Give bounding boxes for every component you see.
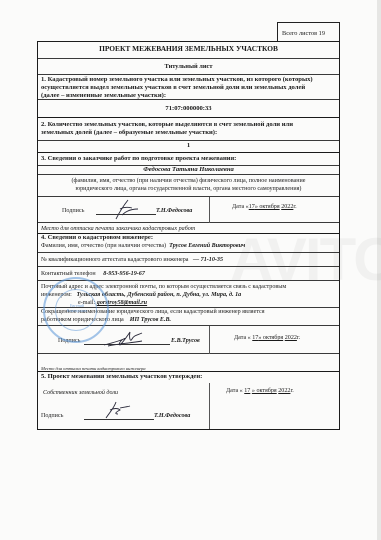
subtitle-row: Титульный лист	[38, 59, 339, 75]
phone-label: Контактный телефон	[41, 271, 96, 277]
document-subtitle: Титульный лист	[38, 63, 339, 71]
client-name: Федосова Татьяна Николаевна	[38, 166, 339, 174]
title-sheet-table: ПРОЕКТ МЕЖЕВАНИЯ ЗЕМЕЛЬНЫХ УЧАСТКОВ Титу…	[37, 41, 340, 430]
section5-header: 5. Проект межевания земельных участков у…	[41, 373, 202, 381]
engineer-cert-row: № квалификационного аттестата кадастрово…	[38, 253, 339, 267]
column-divider	[209, 326, 210, 354]
engineer-cert: № квалификационного аттестата кадастрово…	[41, 256, 223, 264]
document-title: ПРОЕКТ МЕЖЕВАНИЯ ЗЕМЕЛЬНЫХ УЧАСТКОВ	[38, 45, 339, 53]
engineer-fio-row: 4. Сведения о кадастровом инженере: Фами…	[38, 234, 339, 253]
column-divider	[209, 383, 210, 429]
fio-label: Фамилия, имя, отчество (при наличии отче…	[41, 243, 166, 249]
approval-row: 5. Проект межевания земельных участков у…	[38, 372, 339, 429]
section2-text: земельных долей (далее – образуемые земе…	[41, 129, 217, 137]
cert-label: № квалификационного аттестата кадастрово…	[41, 257, 188, 263]
engineer-fio: Фамилия, имя, отчество (при наличии отче…	[41, 242, 245, 250]
date-month: » октября	[255, 204, 280, 210]
client-signature-icon	[108, 197, 142, 223]
client-sign-date: Дата «17» октября 2022г.	[232, 203, 297, 211]
client-caption: юридического лица, органа государственно…	[38, 185, 339, 193]
section2-header-row: 2. Количество земельных участков, которы…	[38, 118, 339, 141]
seal-text: Евгений Викторович	[66, 303, 88, 313]
engineer-signature-icon	[102, 329, 146, 351]
phone-value: 8-953-956-19-67	[103, 271, 145, 277]
signature-label: Подпись	[41, 412, 63, 420]
date-prefix: Дата «	[226, 388, 243, 394]
date-year: 2022	[278, 388, 290, 394]
approval-date: Дата « 17 » октября 2022г.	[226, 387, 294, 395]
date-suffix: г.	[290, 388, 293, 394]
date-day: 17	[244, 388, 250, 394]
fio-value: Трусов Евгений Викторович	[169, 243, 245, 249]
engineer-signer: Е.В.Трусов	[171, 337, 200, 345]
engineer-phone: Контактный телефон 8-953-956-19-67	[41, 270, 145, 278]
title-row: ПРОЕКТ МЕЖЕВАНИЯ ЗЕМЕЛЬНЫХ УЧАСТКОВ	[38, 42, 339, 59]
date-prefix: Дата «	[232, 204, 249, 210]
engineer-stamp-place-row: Место для оттиска печати кадастрового ин…	[38, 354, 339, 372]
engineer-seal: Евгений Викторович	[43, 277, 109, 343]
section2-value-row: 1	[38, 141, 339, 153]
section3-header: 3. Сведения о заказчике работ по подгото…	[41, 155, 236, 163]
date-month: » октября	[252, 388, 277, 394]
column-divider	[209, 197, 210, 223]
date-year: 2022	[281, 204, 293, 210]
stamp-place-caption: Место для оттиска печати заказчика кадас…	[41, 225, 195, 233]
client-stamp-place-row: Место для оттиска печати заказчика кадас…	[38, 223, 339, 234]
org-value: ИП Трусов Е.В.	[130, 317, 171, 323]
sheets-total-box: Всего листов 19	[277, 22, 340, 41]
owner-signer: Т.Н.Федосова	[154, 412, 190, 420]
owner-signature-icon	[102, 400, 132, 420]
cadastral-number: 71:07:000000:33	[38, 105, 339, 113]
date-year: 2022	[285, 335, 297, 341]
section3-header-row: 3. Сведения о заказчике работ по подгото…	[38, 153, 339, 166]
parcels-count: 1	[38, 142, 339, 150]
date-suffix: г.	[297, 335, 300, 341]
owner-label: Собственник земельной доли	[43, 389, 118, 397]
engineer-sign-date: Дата « 17» октября 2022г.	[234, 334, 300, 342]
client-signature-row: Подпись Т.Н.Федосова Дата «17» октября 2…	[38, 197, 339, 223]
client-signer: Т.Н.Федосова	[156, 207, 192, 215]
client-caption-row: (фамилия, имя, отчество (при наличии отч…	[38, 175, 339, 197]
signature-label: Подпись	[62, 207, 84, 215]
date-suffix: г.	[293, 204, 296, 210]
section1-value-row: 71:07:000000:33	[38, 100, 339, 118]
client-name-row: Федосова Татьяна Николаевна	[38, 166, 339, 175]
date-prefix: Дата «	[234, 335, 251, 341]
cert-value: — 71-10-35	[193, 257, 223, 263]
date-month: » октября	[258, 335, 283, 341]
document-page: AVITO Всего листов 19 ПРОЕКТ МЕЖЕВАНИЯ З…	[0, 0, 381, 540]
section1-header-row: 1. Кадастровый номер земельного участка …	[38, 75, 339, 100]
